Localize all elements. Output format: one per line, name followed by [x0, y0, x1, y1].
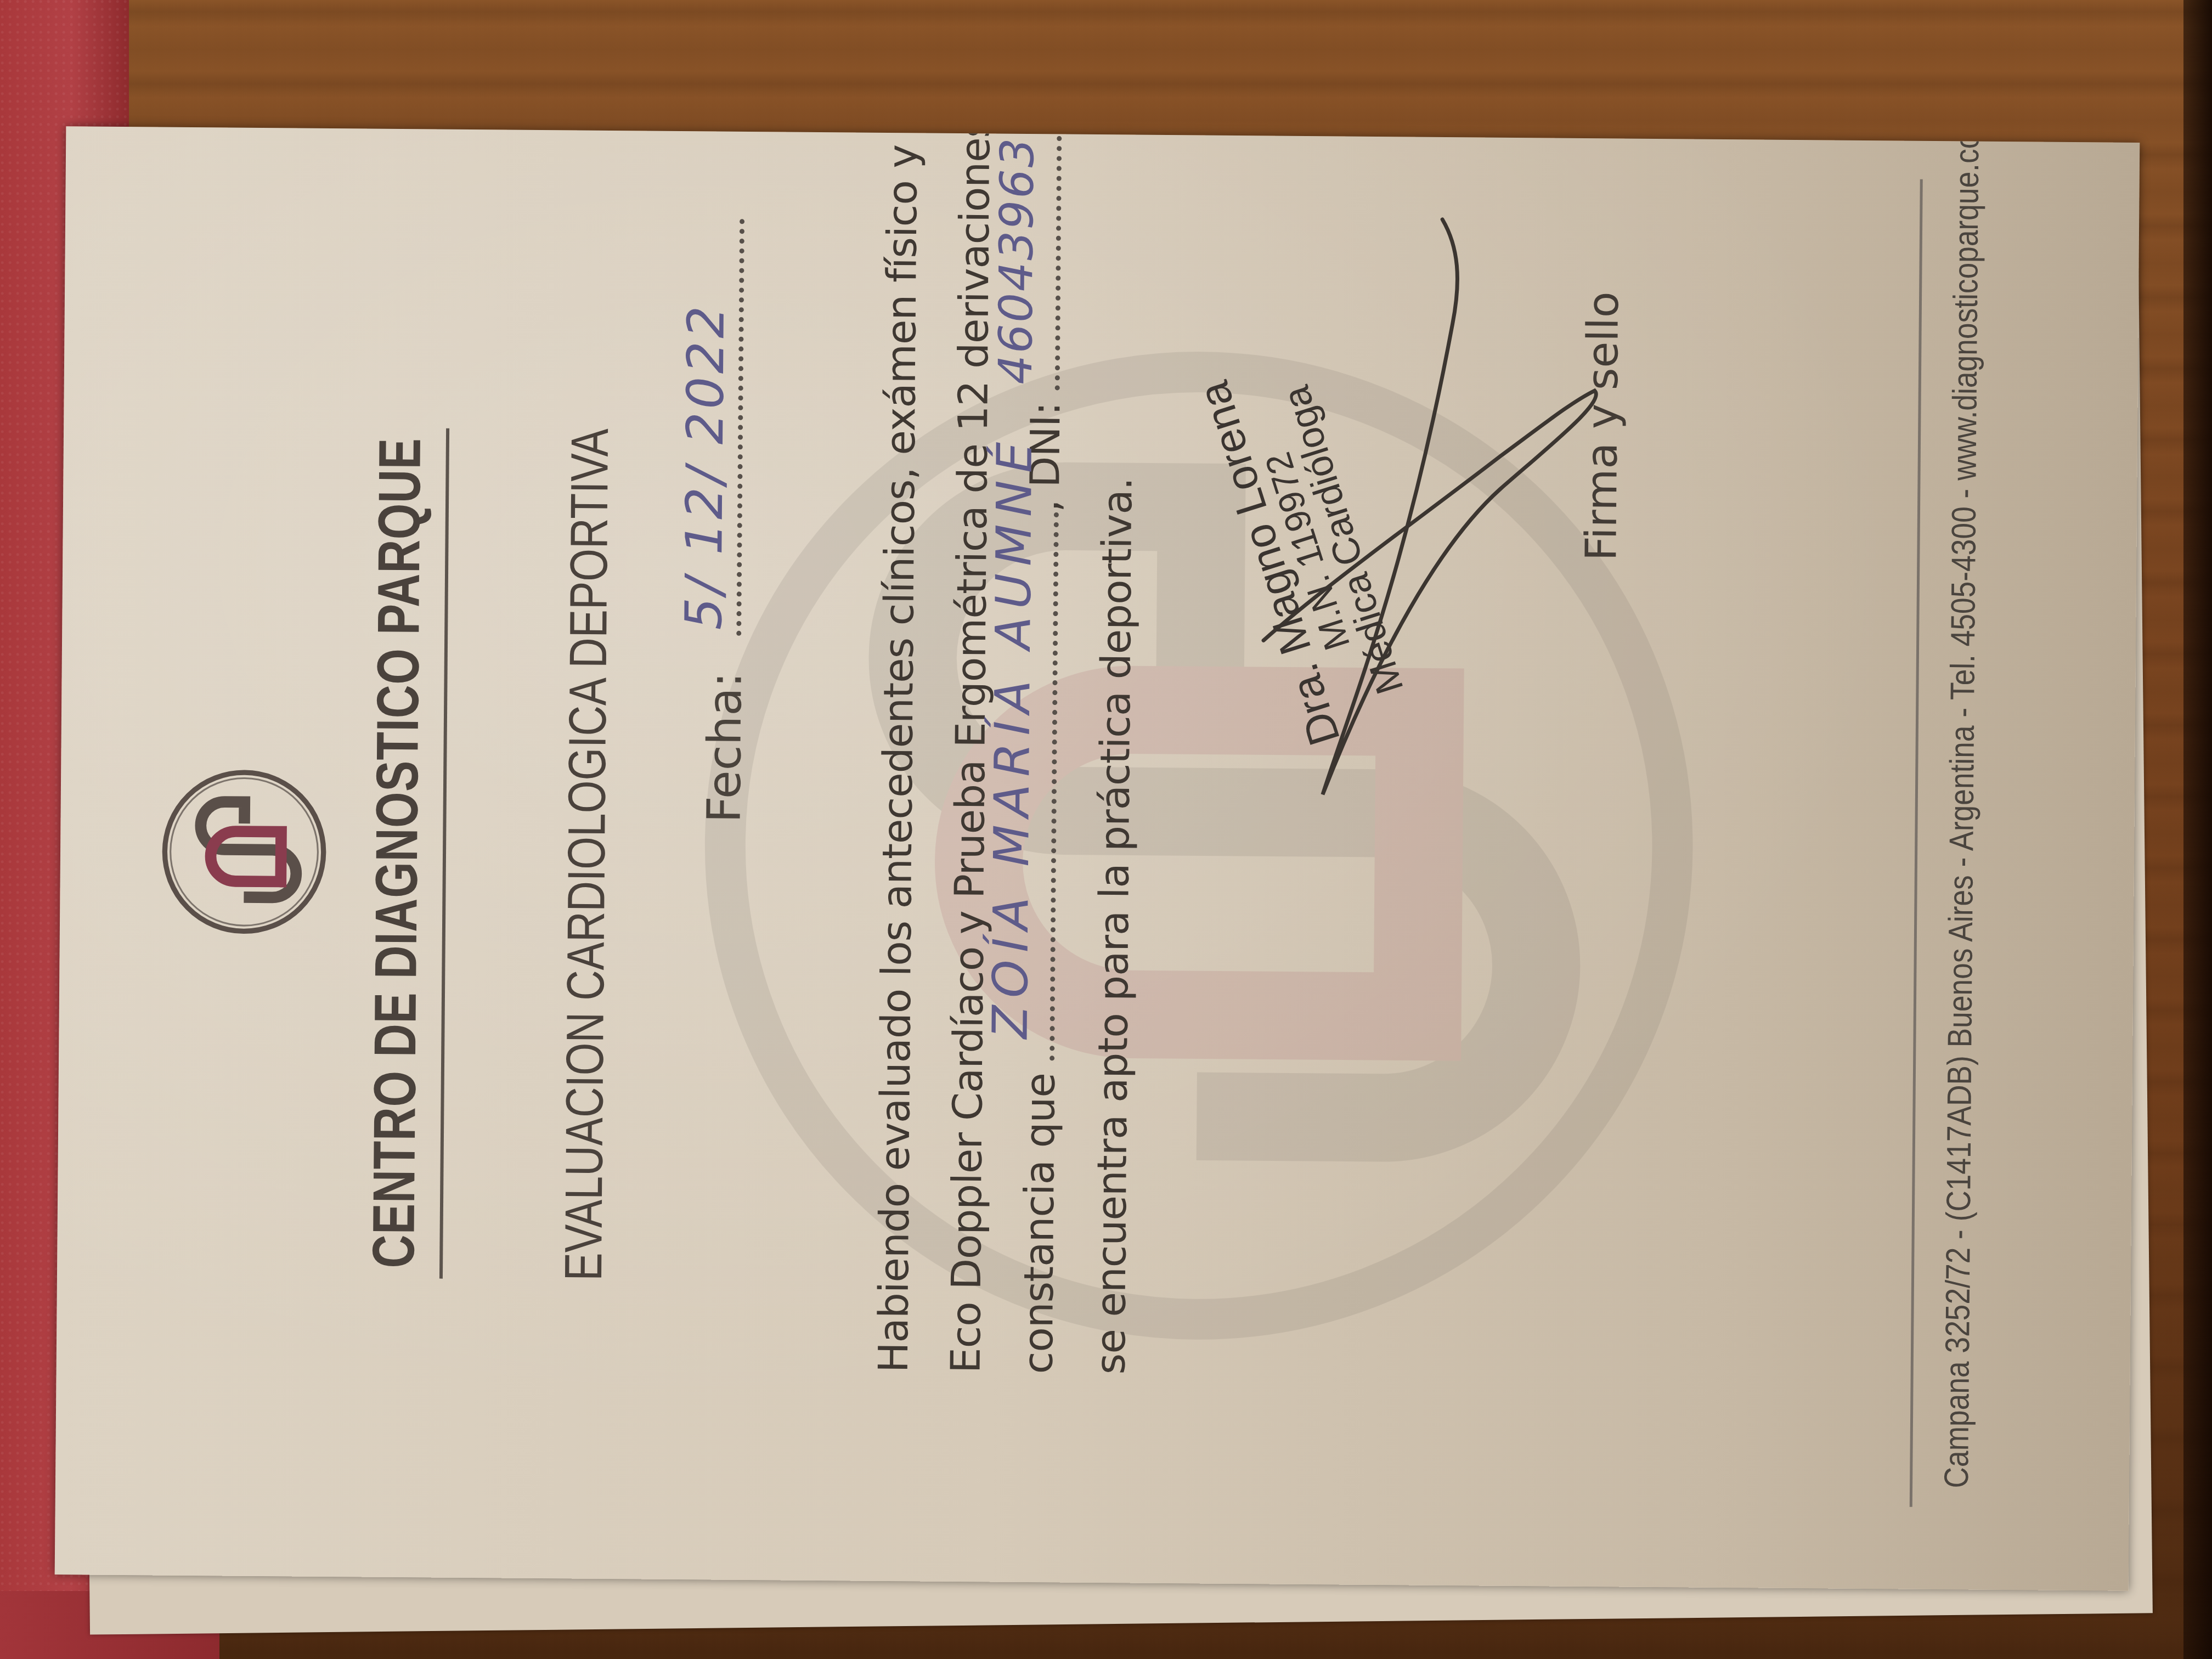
date-handwritten-value: 5/ 12/ 2022 — [674, 302, 736, 630]
date-field: Fecha: 5/ 12/ 2022 — [697, 218, 755, 823]
signature-label: Firma y sello — [1577, 291, 1628, 561]
letterhead: CENTRO DE DIAGNOSTICO PARQUE — [154, 127, 452, 1578]
patient-name-dotted-line: ZOÍA MARÍA AUMNÉ — [1049, 512, 1059, 1061]
body-line-3: constancia que ZOÍA MARÍA AUMNÉ, DNI: 46… — [1002, 167, 1084, 1374]
patient-name-handwritten: ZOÍA MARÍA AUMNÉ — [974, 435, 1051, 1039]
watermark-logo-icon — [687, 334, 1710, 1357]
dni-handwritten: 46043963 — [979, 136, 1054, 385]
doctor-stamp: Dra. Magno Lorena M.N. 119972 Médica Car… — [1173, 299, 1435, 805]
cdp-logo-icon — [159, 766, 330, 938]
footer-contact-info: Campana 3252/72 - (C1417ADB) Buenos Aire… — [1937, 242, 1986, 1488]
organization-name: CENTRO DE DIAGNOSTICO PARQUE — [359, 438, 434, 1268]
table-shadow — [2183, 0, 2212, 1659]
certificate-paper: CENTRO DE DIAGNOSTICO PARQUE EVALUACION … — [55, 126, 2140, 1591]
header-rule — [439, 428, 449, 1279]
body-line-1: Habiendo evaluado los antecedentes clíni… — [857, 166, 939, 1373]
body-line-3-prefix: constancia que — [1015, 1060, 1064, 1374]
dni-dotted-line: 46043963 — [1055, 126, 1062, 390]
footer-rule — [1910, 179, 1923, 1507]
document-title: EVALUACION CARDIOLOGICA DEPORTIVA — [552, 275, 622, 1434]
date-dotted-line: 5/ 12/ 2022 — [736, 219, 744, 636]
photo-scene: CENTRO DE DIAGNOSTICO PARQUE EVALUACION … — [0, 0, 2212, 1659]
date-label: Fecha: — [697, 672, 752, 823]
body-line-4: se encuentra apto para la práctica depor… — [1075, 167, 1156, 1375]
certificate-body: Habiendo evaluado los antecedentes clíni… — [857, 166, 1156, 1375]
